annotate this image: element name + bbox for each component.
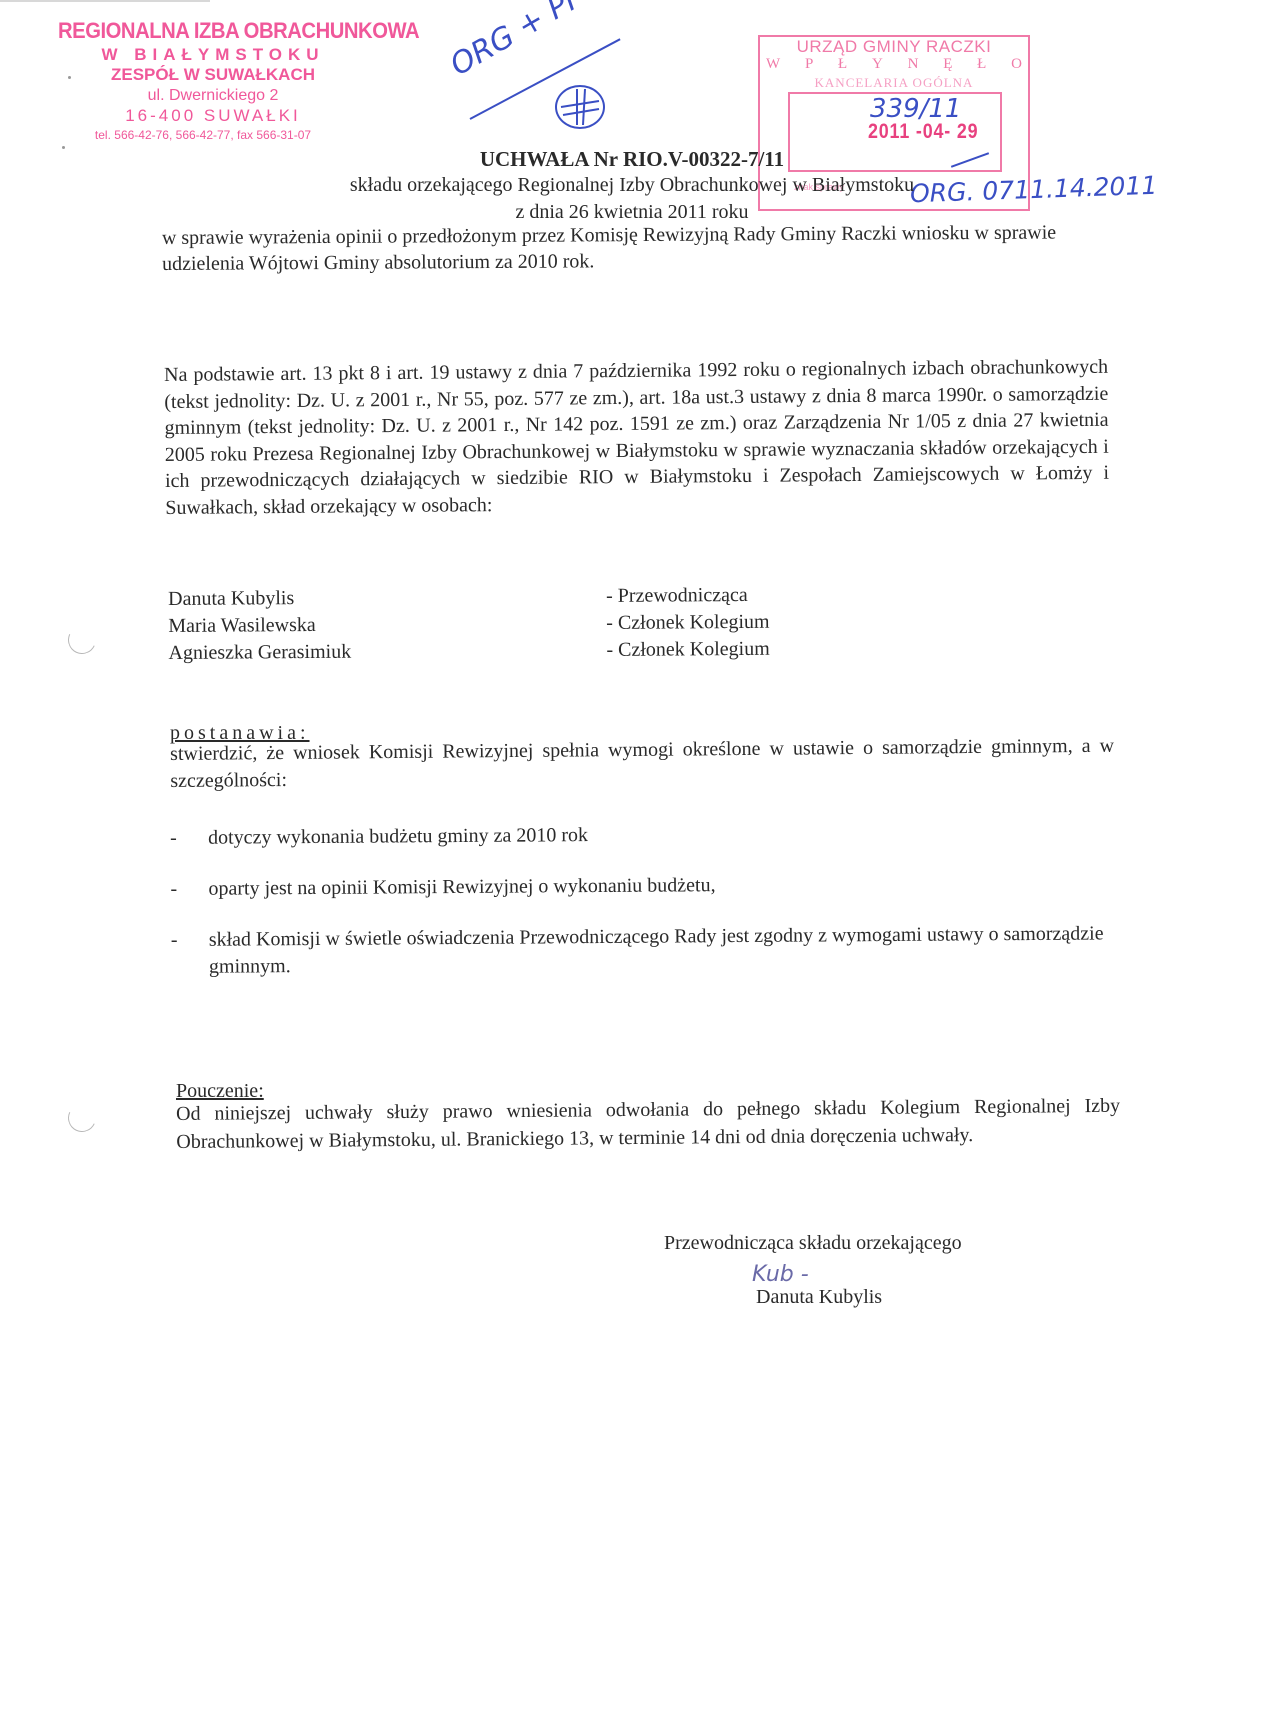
document-subject: w sprawie wyrażenia opinii o przedłożony… <box>162 219 1112 277</box>
handwritten-initials-icon <box>555 85 605 129</box>
bullet-dash: - <box>170 876 208 903</box>
rio-stamp-line4: ul. Dwernickiego 2 <box>18 87 408 105</box>
member-name: Danuta Kubylis <box>168 583 606 613</box>
rio-stamp-line2: W BIAŁYMSTOKU <box>18 45 408 65</box>
scan-speck <box>68 76 71 79</box>
decision-point: - skład Komisji w świetle oświadczenia P… <box>171 920 1121 981</box>
received-letter: Ę <box>943 56 952 73</box>
received-letter: Ł <box>838 56 847 73</box>
member-name: Maria Wasilewska <box>168 610 606 640</box>
received-letter: N <box>908 56 919 73</box>
member-row: Agnieszka Gerasimiuk - Członek Kolegium <box>168 635 868 667</box>
members-list: Danuta Kubylis - Przewodnicząca Maria Wa… <box>168 581 869 667</box>
receipt-date: 2011 -04- 29 <box>868 120 978 144</box>
member-name: Agnieszka Gerasimiuk <box>168 637 606 667</box>
signature-role: Przewodnicząca składu orzekającego <box>664 1232 962 1255</box>
received-letter: P <box>805 56 813 73</box>
rio-stamp-line3: ZESPÓŁ W SUWAŁKACH <box>18 65 408 85</box>
receipt-stamp-office: URZĄD GMINY RACZKI <box>760 37 1028 57</box>
received-letter: O <box>1011 56 1022 73</box>
signature-name: Danuta Kubylis <box>756 1286 882 1309</box>
handwritten-note: ORG + PFU <box>445 0 609 83</box>
punch-hole-mark <box>64 622 100 658</box>
bullet-dash: - <box>171 927 209 981</box>
decision-point-text: oparty jest na opinii Komisji Rewizyjnej… <box>208 869 1108 902</box>
rio-stamp-line5: 16-400 SUWAŁKI <box>18 106 408 126</box>
received-letter: Ł <box>977 56 986 73</box>
received-letter: W <box>766 56 780 73</box>
document-title: UCHWAŁA Nr RIO.V-00322-7/11 <box>0 147 1264 172</box>
rio-stamp-line1: REGIONALNA IZBA OBRACHUNKOWA <box>58 18 380 44</box>
scan-edge-line <box>0 0 210 2</box>
decision-point-text: skład Komisji w świetle oświadczenia Prz… <box>209 920 1109 980</box>
punch-hole-mark <box>64 1100 100 1136</box>
receipt-stamp-received: W P Ł Y N Ę Ł O <box>766 56 1022 73</box>
rio-stamp-line6: tel. 566-42-76, 566-42-77, fax 566-31-07 <box>0 128 408 142</box>
member-role: - Członek Kolegium <box>606 636 769 664</box>
receipt-stamp-department: KANCELARIA OGÓLNA <box>760 75 1028 91</box>
decision-point: - dotyczy wykonania budżetu gminy za 201… <box>170 818 1120 852</box>
rio-stamp: REGIONALNA IZBA OBRACHUNKOWA W BIAŁYMSTO… <box>58 18 408 142</box>
document-issuer: składu orzekającego Regionalnej Izby Obr… <box>0 174 1264 197</box>
instruction-text: Od niniejszej uchwały służy prawo wniesi… <box>176 1092 1120 1156</box>
decision-points: - dotyczy wykonania budżetu gminy za 201… <box>170 818 1121 1005</box>
decision-point-text: dotyczy wykonania budżetu gminy za 2010 … <box>208 818 1108 851</box>
initials-cross-icon <box>557 87 603 127</box>
legal-basis-paragraph: Na podstawie art. 13 pkt 8 i art. 19 ust… <box>164 354 1109 521</box>
member-role: - Członek Kolegium <box>606 609 769 637</box>
decision-text: stwierdzić, że wniosek Komisji Rewizyjne… <box>170 733 1114 795</box>
received-letter: Y <box>872 56 883 73</box>
member-role: - Przewodnicząca <box>606 582 748 610</box>
signature-scribble: Kub - <box>752 1262 809 1287</box>
bullet-dash: - <box>170 825 208 852</box>
decision-point: - oparty jest na opinii Komisji Rewizyjn… <box>170 869 1120 903</box>
